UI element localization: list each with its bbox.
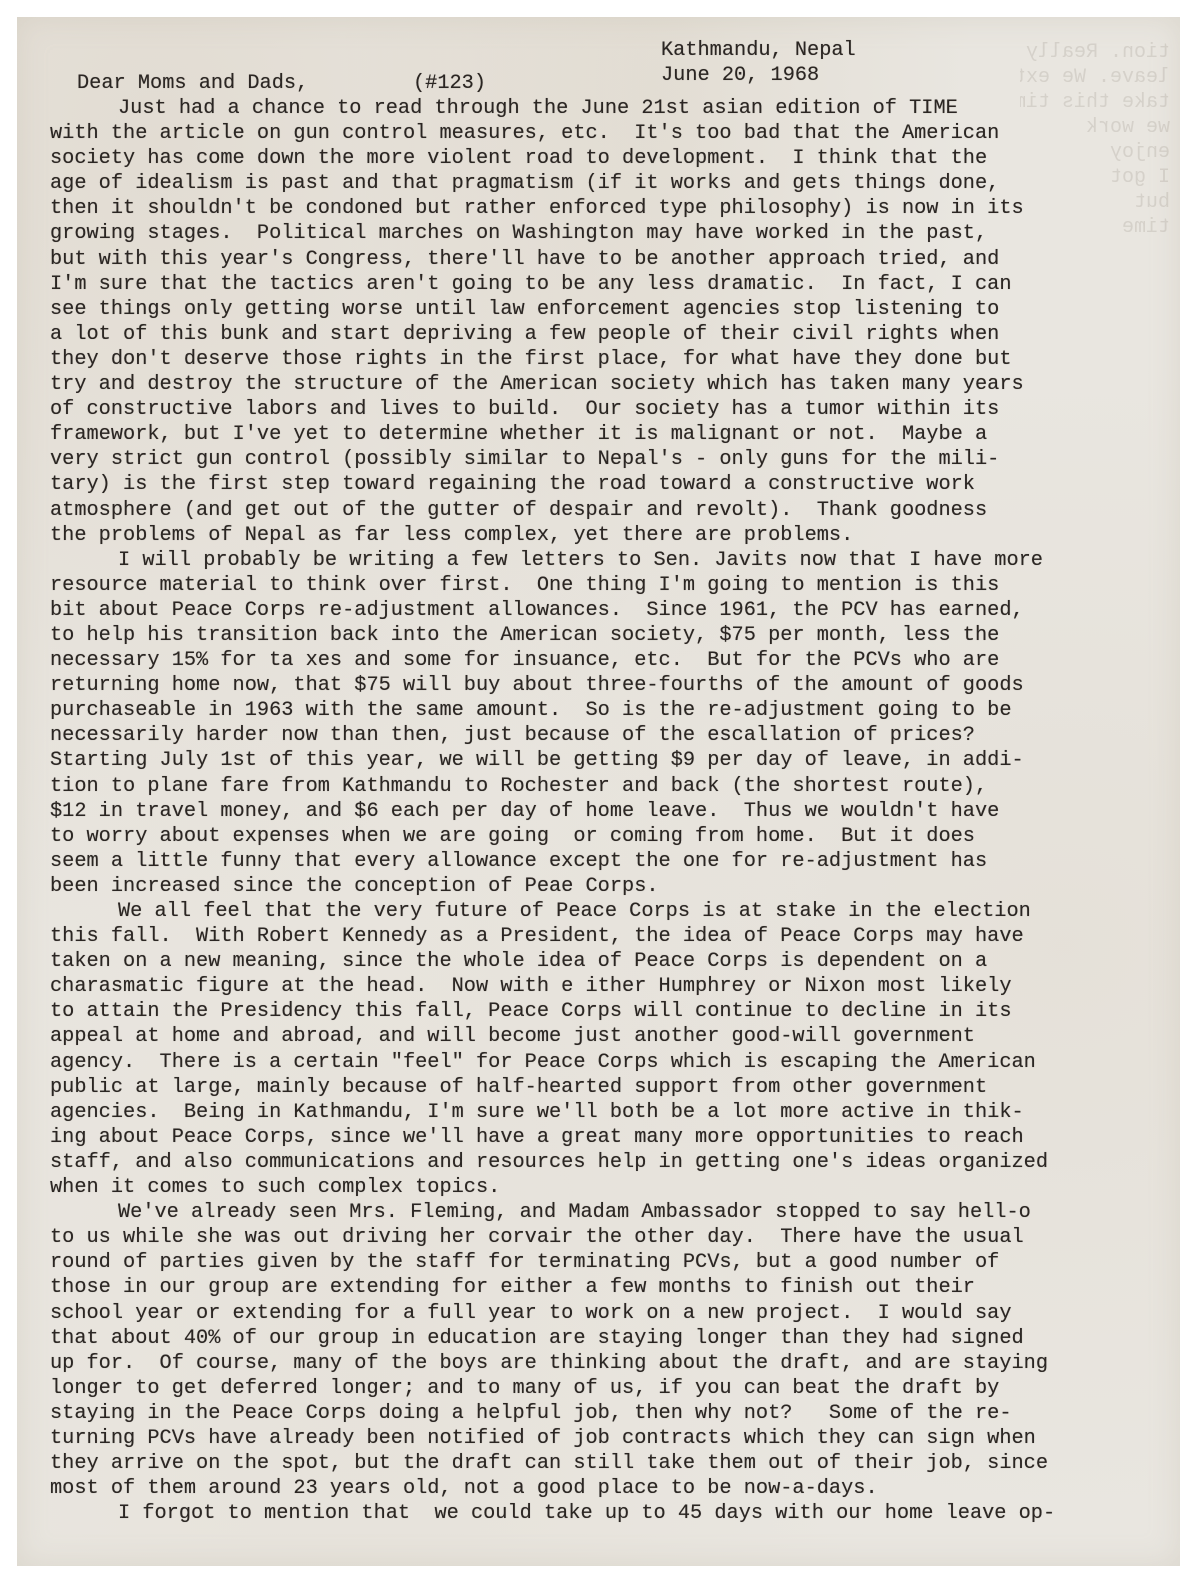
- letter-line: ing about Peace Corps, since we'll have …: [50, 1125, 1055, 1150]
- letter-line: try and destroy the structure of the Ame…: [50, 372, 1055, 397]
- letter-line: staff, and also communications and resou…: [50, 1150, 1055, 1175]
- letter-line: very strict gun control (possibly simila…: [50, 447, 1055, 472]
- letter-line: returning home now, that $75 will buy ab…: [50, 673, 1055, 698]
- letter-line: to attain the Presidency this fall, Peac…: [50, 999, 1055, 1024]
- letter-line: atmosphere (and get out of the gutter of…: [50, 498, 1055, 523]
- letter-line: to help his transition back into the Ame…: [50, 623, 1055, 648]
- letter-line: I will probably be writing a few letters…: [50, 548, 1055, 573]
- letter-line: then it shouldn't be condoned but rather…: [50, 196, 1055, 221]
- letter-line: We've already seen Mrs. Fleming, and Mad…: [50, 1200, 1055, 1225]
- letter-line: framework, but I've yet to determine whe…: [50, 422, 1055, 447]
- letter-line: charasmatic figure at the head. Now with…: [50, 974, 1055, 999]
- letter-line: of constructive labors and lives to buil…: [50, 397, 1055, 422]
- letter-line: a lot of this bunk and start depriving a…: [50, 322, 1055, 347]
- letter-line: taken on a new meaning, since the whole …: [50, 949, 1055, 974]
- letter-line: I'm sure that the tactics aren't going t…: [50, 272, 1055, 297]
- letter-line: with the article on gun control measures…: [50, 121, 1055, 146]
- letter-line: but with this year's Congress, there'll …: [50, 247, 1055, 272]
- letter-line: Starting July 1st of this year, we will …: [50, 748, 1055, 773]
- letter-line: they arrive on the spot, but the draft c…: [50, 1451, 1055, 1476]
- letter-line: when it comes to such complex topics.: [50, 1175, 1055, 1200]
- letter-line: We all feel that the very future of Peac…: [50, 899, 1055, 924]
- letter-line: been increased since the conception of P…: [50, 874, 1055, 899]
- letter-line: to worry about expenses when we are goin…: [50, 824, 1055, 849]
- letter-line: growing stages. Political marches on Was…: [50, 221, 1055, 246]
- letter-line: tary) is the first step toward regaining…: [50, 472, 1055, 497]
- letter-line: staying in the Peace Corps doing a helpf…: [50, 1401, 1055, 1426]
- letter-date: June 20, 1968: [661, 64, 819, 87]
- letter-line: they don't deserve those rights in the f…: [50, 347, 1055, 372]
- letter-line: appeal at home and abroad, and will beco…: [50, 1024, 1055, 1049]
- letter-line: resource material to think over first. O…: [50, 573, 1055, 598]
- letter-line: necessary 15% for ta xes and some for in…: [50, 648, 1055, 673]
- letter-line: those in our group are extending for eit…: [50, 1275, 1055, 1300]
- letter-line: society has come down the more violent r…: [50, 146, 1055, 171]
- letter-body: Just had a chance to read through the Ju…: [50, 96, 1055, 1526]
- letter-line: tion to plane fare from Kathmandu to Roc…: [50, 774, 1055, 799]
- letter-line: up for. Of course, many of the boys are …: [50, 1351, 1055, 1376]
- letter-line: school year or extending for a full year…: [50, 1301, 1055, 1326]
- letter-place: Kathmandu, Nepal: [661, 39, 856, 62]
- letter-line: most of them around 23 years old, not a …: [50, 1476, 1055, 1501]
- letter-salutation: Dear Moms and Dads,: [77, 72, 308, 95]
- letter-line: longer to get deferred longer; and to ma…: [50, 1376, 1055, 1401]
- letter-line: the problems of Nepal as far less comple…: [50, 523, 1055, 548]
- letter-line: agency. There is a certain "feel" for Pe…: [50, 1050, 1055, 1075]
- letter-line: seem a little funny that every allowance…: [50, 849, 1055, 874]
- letter-line: Just had a chance to read through the Ju…: [50, 96, 1055, 121]
- letter-line: agencies. Being in Kathmandu, I'm sure w…: [50, 1100, 1055, 1125]
- letter-line: to us while she was out driving her corv…: [50, 1225, 1055, 1250]
- letter-line: see things only getting worse until law …: [50, 297, 1055, 322]
- letter-line: public at large, mainly because of half-…: [50, 1075, 1055, 1100]
- letter-line: $12 in travel money, and $6 each per day…: [50, 799, 1055, 824]
- letter-number: (#123): [413, 72, 486, 95]
- letter-line: purchaseable in 1963 with the same amoun…: [50, 698, 1055, 723]
- letter-line: this fall. With Robert Kennedy as a Pres…: [50, 924, 1055, 949]
- letter-line: bit about Peace Corps re-adjustment allo…: [50, 598, 1055, 623]
- letter-line: age of idealism is past and that pragmat…: [50, 171, 1055, 196]
- letter-line: that about 40% of our group in education…: [50, 1326, 1055, 1351]
- letter-line: necessarily harder now than then, just b…: [50, 723, 1055, 748]
- letter-line: round of parties given by the staff for …: [50, 1250, 1055, 1275]
- letter-line: I forgot to mention that we could take u…: [50, 1501, 1055, 1526]
- letter-line: turning PCVs have already been notified …: [50, 1426, 1055, 1451]
